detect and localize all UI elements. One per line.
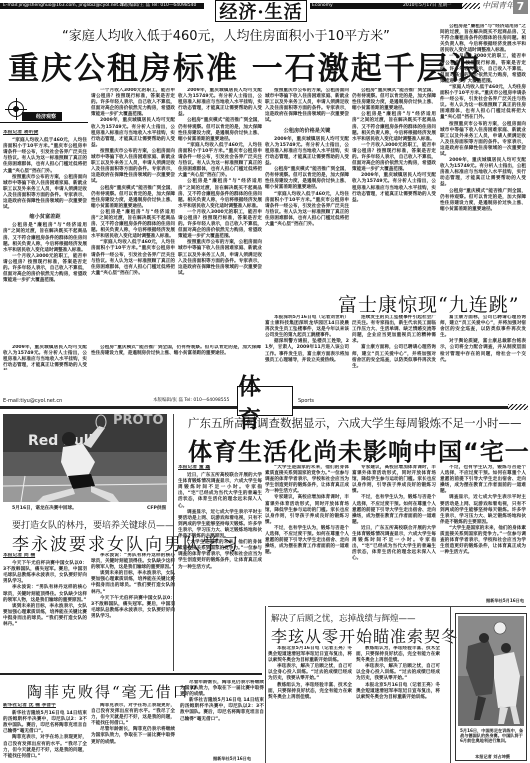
paragraph: 按照重庆市公布的方案，公租房面向城市中等偏下收入住房困难家庭、新就业职工以及外来… — [3, 175, 87, 212]
column-divider — [173, 414, 174, 671]
lead-column-5: 公租房“重庆模式”能否推广到全国，仍有待观察。但可以肯定的是，加大保障性住房建设… — [352, 88, 436, 283]
column-badge: 经济观察 — [22, 112, 62, 121]
foxconn-column-3: 富士康方面称，公司已聘请心理咨询师，建立“员工关爱中心”，并将加强对宿舍区的安全… — [440, 315, 526, 370]
paragraph: 李玹表示，解决了后顾之忧，自己可以全身心投入训练。“过去的成绩已经成为历史，我要… — [356, 664, 440, 682]
lead-column-4: 按照重庆市公布的方案，公租房面向城市中等偏下收入住房困难家庭、新就业职工以及外来… — [265, 88, 349, 283]
paragraph: 不过，也有学生认为，锻炼与否是个人选择，不应过度干预。如何在尊重个人意愿的前提下… — [265, 526, 349, 556]
badminton-player-image: PROTO Red Bull — [3, 414, 167, 502]
paragraph: 对于舆论质疑，富士康总裁郭台铭表示，公司将全力配合调查，并从制度层面检讨管理中存… — [440, 339, 526, 363]
sports-section-en: Sports — [298, 398, 314, 404]
lead-subhead-2: 公租房的价格是关键 — [265, 128, 349, 134]
sports-section-title: 体育 — [237, 386, 293, 416]
paragraph: 2009年，重庆城镇居民人均可支配收入为15749元。有分析人士指出，公租房准入… — [352, 173, 436, 203]
paragraph: 按照重庆市公布的方案，公租房面向城市中等偏下收入住房困难家庭、新就业职工以及外来… — [178, 240, 262, 277]
football-photo — [458, 616, 524, 726]
svg-text:PROTO: PROTO — [113, 414, 164, 428]
paragraph: 2009年，重庆城镇居民人均可支配收入为15749元。有分析人士指出，公租房准入… — [91, 118, 175, 148]
lead-byline: 本报记者 蒋昕捷 — [3, 130, 87, 136]
football-players-image — [458, 616, 524, 726]
taufik-column-3: 尽管年龄渐长，陶菲克仍表示将继续为国家队效力，争取在下一届比赛中取得更好的成绩。… — [180, 680, 264, 756]
page-number: 7 — [513, 0, 528, 14]
lead-column-2: 一个月收入3000元的职工，能否申请公租房？按照现行标准，答案是否定的。许多年轻… — [91, 88, 175, 345]
paragraph: 公租房是“廉租房”与“经济适用房”之间的过渡，旨在解决既买不起商品房、又不符合廉… — [440, 24, 526, 54]
lead-column-1: 本报记者 蒋昕捷 “家庭人均收入低于460元，人均住房面积小于10平方米。”重庆… — [3, 130, 87, 345]
football-credit: 本报记者 刘占坤摄 — [475, 754, 510, 760]
badminton-column-1: 本报记者 尚 楠 今天下午尤伯杯决赛中国女队以0：3不敌韩国队，痛失冠军。赛后，… — [3, 553, 87, 671]
football-column-2: 教练组认为，李玹经验丰富、技术全面，只要保持良好状态，完全有能力在索契冬奥会上再… — [356, 646, 440, 761]
taufik-column-1: 新华社记者 沈 楠 李晋宇 新华社吉隆坡5月16日电 14日结束的汤姆斯杯半决赛… — [3, 703, 87, 761]
paragraph: 公租房是“廉租房”与“经济适用房”之间的过渡，旨在解决既买不起商品房、又不符合廉… — [3, 223, 87, 253]
lead-column-3: 2009年，重庆城镇居民人均可支配收入为15749元。有分析人士指出，公租房准入… — [178, 88, 262, 345]
economy-email: E-mail:jingjishenghuo@163.com, jinglibiz… — [3, 3, 125, 9]
main-sports-column-2: “大学生是国家的未来，他们的身体素质直接关系到国家的竞争力。”一位参与调查的体育… — [265, 465, 349, 605]
paragraph: 李永波说：“男队有林丹这样的核心球员，关键时刻能顶得住。女队缺少这样的领军人物，… — [91, 553, 175, 571]
main-sports-column-3: 专家建议，高校应增加体育课时，丰富课外体育活动形式，同时开放体育场馆，降低学生参… — [352, 465, 436, 605]
foxconn-column-2: 连续发生的员工坠楼事件引起社会广泛关注。有专家指出，新生代农民工面临工作压力大、… — [352, 315, 436, 370]
paragraph: 不过，也有学生认为，锻炼与否是个人选择，不应过度干预。如何在尊重个人意愿的前提下… — [440, 465, 526, 495]
paragraph: 调查显示，近七成大学生表示平时主要活动是上网、玩游戏和看电视，只有不到两成的学生… — [178, 510, 262, 540]
lead-column-1-cont: 2009年，重庆城镇居民人均可支配收入为15749元。有分析人士指出，公租房准入… — [3, 345, 87, 370]
paragraph: 专家建议，高校应增加体育课时，丰富课外体育活动形式，同时开放体育场馆，降低学生参… — [352, 465, 436, 495]
main-sports-column-4: 不过，也有学生认为，锻炼与否是个人选择，不应过度干预。如何在尊重个人意愿的前提下… — [440, 465, 526, 597]
paragraph: 2009年，重庆城镇居民人均可支配收入为15749元。有分析人士指出，公租房准入… — [3, 345, 87, 370]
paragraph: 李玹表示，解决了后顾之忧，自己可以全身心投入训练。“过去的成绩已经成为历史，我要… — [268, 664, 352, 682]
paragraph: 公租房“重庆模式”能否推广到全国，仍有待观察。但可以肯定的是，加大保障性住房建设… — [352, 88, 436, 112]
paragraph: 按照重庆市公布的方案，公租房面向城市中等偏下收入住房困难家庭、新就业职工以及外来… — [440, 122, 526, 159]
paragraph: 今天下午尤伯杯决赛中国女队以0：3不敌韩国队，痛失冠军。赛后，中国羽毛球队总教练… — [3, 561, 87, 585]
sports-rule-left — [0, 406, 237, 409]
economy-section-en: Economy — [312, 3, 333, 9]
paragraph: 公租房“重庆模式”能否推广到全国，仍有待观察。但可以肯定的是，加大保障性住房建设… — [178, 118, 262, 142]
paragraph: 陶菲克表示，对手在场上表现更好，自己没有发挥出应有的水平。“我尽了全力，但今天就… — [3, 735, 87, 759]
paragraph: 按照重庆市公布的方案，公租房面向城市中等偏下收入住房困难家庭、新就业职工以及外来… — [91, 149, 175, 186]
taufik-byline: 新华社记者 沈 楠 李晋宇 — [3, 703, 87, 709]
lower-left-divider — [0, 673, 262, 675]
paragraph: 一个月收入3000元的职工，能否申请公租房？按照现行标准，答案是否定的。许多年轻… — [178, 210, 262, 240]
sports-rule-right — [293, 406, 508, 409]
main-sports-kicker: 广东五所高校调查数据显示，六成大学生每周锻炼不足一小时—— — [188, 415, 522, 431]
paragraph: 连续发生的员工坠楼事件引起社会广泛关注。有专家指出，新生代农民工面临工作压力大、… — [352, 315, 436, 345]
main-sports-column-1: 本报记者 董 鑫 近日，广东五所高校联合开展的大学生体育锻炼情况调查显示，六成大… — [178, 465, 262, 671]
paragraph: 公租房是“廉租房”与“经济适用房”之间的过渡，旨在解决既买不起商品房、又不符合廉… — [91, 210, 175, 240]
main-sports-footnote: 据新华社5月16日电 — [486, 598, 524, 604]
paragraph: 新华社吉隆坡5月16日电 14日结束的汤姆斯杯半决赛中，印尼队以2：3不敌中国队… — [3, 711, 87, 735]
paragraph: 尽管年龄渐长，陶菲克仍表示将继续为国家队效力，争取在下一届比赛中取得更好的成绩。 — [180, 680, 264, 698]
main-sports-byline: 本报记者 董 鑫 — [178, 465, 262, 471]
lead-subhead-1: 缩小贫富差距 — [3, 214, 87, 220]
paragraph: 陶菲克表示，对手在场上表现更好，自己没有发挥出应有的水平。“我尽了全力，但今天就… — [91, 703, 175, 727]
paragraph: “家庭人均收入低于460元，人均住房面积小于10平方米。”重庆市公租房申请条件一… — [91, 240, 175, 277]
paragraph: 本报深圳5月16日电（记者刘世昕）富士康科技集团深圳龙华园区14日凌晨再次发生员… — [265, 315, 349, 339]
badminton-byline: 本报记者 尚 楠 — [3, 553, 87, 559]
taufik-footnote: 据新华社5月16日电 — [213, 756, 251, 762]
paragraph: 2009年，重庆城镇居民人均可支配收入为15749元。有分析人士指出，公租房准入… — [440, 158, 526, 188]
paragraph: 2009年，重庆城镇居民人均可支配收入为15749元。有分析人士指出，公租房准入… — [178, 88, 262, 118]
paragraph: 李永波说：“男队有林丹这样的核心球员，关键时刻能顶得住。女队缺少这样的领军人物，… — [3, 585, 87, 603]
paragraph: “家庭人均收入低于460元，人均住房面积小于10平方米。”重庆市公租房申请条件一… — [440, 85, 526, 122]
sports-email: E-mail:tiyu@cyol.net.cn — [3, 398, 62, 404]
column-divider — [265, 606, 266, 763]
paragraph: 教练组认为，李玹经验丰富、技术全面，只要保持良好状态，完全有能力在索契冬奥会上再… — [268, 683, 352, 701]
column-divider — [450, 606, 451, 763]
football-caption: 5月16日，中国男足在训练中，备战与德国队的热身赛。中国队将于6月前往奥地利进行… — [460, 728, 524, 744]
paragraph: “家庭人均收入低于460元，人均住房面积小于10平方米。”重庆市公租房申请条件一… — [265, 192, 349, 229]
foxconn-headline: 富士康惊现“九连跳” — [338, 290, 519, 317]
lead-kicker: “家庭人均收入低于460元，人均住房面积小于10平方米” — [62, 25, 390, 44]
paragraph: 教练组认为，李玹经验丰富、技术全面，只要保持良好状态，完全有能力在索契冬奥会上再… — [356, 646, 440, 664]
badminton-credit: CFP供图 — [147, 506, 166, 512]
badminton-column-2: 李永波说：“男队有林丹这样的核心球员，关键时刻能顶得住。女队缺少这样的领军人物，… — [91, 553, 175, 671]
paragraph: 富士康方面称，公司已聘请心理咨询师，建立“员工关爱中心”，并将加强对宿舍区的安全… — [440, 315, 526, 339]
paragraph: 本报北京5月16日电（记者王亮）冬奥会短道速滑冠军李玹近日宣布复出，将以索契冬奥… — [356, 683, 440, 701]
paragraph: “大学生是国家的未来，他们的身体素质直接关系到国家的竞争力。”一位参与调查的体育… — [265, 465, 349, 495]
paragraph: 谈到未来的目标，李永波表示，女队要加强心理素质训练，培养能在关键比赛中挺身而出的… — [91, 571, 175, 595]
taufik-headline: 陶菲克败得“毫无借口” — [27, 681, 199, 702]
paragraph: 新华社吉隆坡5月16日电 14日结束的汤姆斯杯半决赛中，印尼队以2：3不敌中国队… — [180, 698, 264, 722]
paragraph: 一个月收入3000元的职工，能否申请公租房？按照现行标准，答案是否定的。许多年轻… — [3, 254, 87, 284]
sports-editor-info: 本版编辑/张 磊 Tel: 010—64098555 — [153, 398, 229, 404]
paragraph: 专家建议，高校应增加体育课时，丰富课外体育活动形式，同时开放体育场馆，降低学生参… — [265, 495, 349, 525]
taufik-column-2: 陶菲克表示，对手在场上表现更好，自己没有发挥出应有的水平。“我尽了全力，但今天就… — [91, 703, 175, 761]
hatch-decoration — [508, 404, 528, 410]
paragraph: 调查显示，近七成大学生表示平时主要活动是上网、玩游戏和看电视，只有不到两成的学生… — [440, 495, 526, 525]
paragraph: “大学生是国家的未来，他们的身体素质直接关系到国家的竞争力。”一位参与调查的体育… — [178, 540, 262, 570]
paragraph: 富士康方面称，公司已聘请心理咨询师，建立“员工关爱中心”，并将加强对宿舍区的安全… — [352, 345, 436, 369]
paragraph: “家庭人均收入低于460元，人均住房面积小于10平方米。”重庆市公租房申请条件一… — [178, 143, 262, 180]
football-kicker: 解决了后顾之忧，忘掉战绩与辉煌—— — [271, 612, 416, 624]
paragraph: 一个月收入3000元的职工，能否申请公租房？按照现行标准，答案是否定的。许多年轻… — [440, 54, 526, 84]
badminton-photo: PROTO Red Bull — [3, 414, 167, 502]
paragraph: 公租房是“廉租房”与“经济适用房”之间的过渡，旨在解决既买不起商品房、又不符合廉… — [352, 112, 436, 142]
economy-editor-info: 本版编辑/王 磊 Tel: 010—64098540 — [120, 3, 196, 9]
paragraph: 谈到未来的目标，李永波表示，女队要加强心理素质训练，培养能在关键比赛中挺身而出的… — [3, 604, 87, 628]
paragraph: 公租房“重庆模式”能否推广到全国，仍有待观察。但可以肯定的是，加大保障性住房建设… — [265, 167, 349, 191]
foxconn-column-1: 本报深圳5月16日电（记者刘世昕）富士康科技集团深圳龙华园区14日凌晨再次发生员… — [265, 315, 349, 370]
paragraph: 公租房“重庆模式”能否推广到全国，仍有待观察。但可以肯定的是，加大保障性住房建设… — [91, 345, 261, 357]
paragraph: 公租房“重庆模式”能否推广到全国，仍有待观察。但可以肯定的是，加大保障性住房建设… — [91, 186, 175, 210]
paragraph: 2009年，重庆城镇居民人均可支配收入为15749元。有分析人士指出，公租房准入… — [265, 137, 349, 167]
economy-section-title: 经济·生活 — [215, 0, 307, 22]
paragraph: 公租房“重庆模式”能否推广到全国，仍有待观察。但可以肯定的是，加大保障性住房建设… — [440, 189, 526, 213]
football-column-1: 本报北京5月16日电（记者王亮）冬奥会短道速滑冠军李玹近日宣布复出，将以索契冬奥… — [268, 646, 352, 761]
paragraph: 今天下午尤伯杯决赛中国女队以0：3不敌韩国队，痛失冠军。赛后，中国羽毛球队总教练… — [91, 596, 175, 620]
paragraph: 一个月收入3000元的职工，能否申请公租房？按照现行标准，答案是否定的。许多年轻… — [91, 88, 175, 118]
lead-headline: 重庆公租房标准 一石激起千层浪 — [8, 43, 483, 88]
paragraph: 公租房是“廉租房”与“经济适用房”之间的过渡，旨在解决既买不起商品房、又不符合廉… — [178, 179, 262, 209]
paragraph: “大学生是国家的未来，他们的身体素质直接关系到国家的竞争力。”一位参与调查的体育… — [440, 526, 526, 556]
hatch-decoration — [462, 3, 480, 9]
economy-date: 2010年5月17日 星期一 — [403, 3, 451, 9]
badminton-caption: 5月16日，谌龙在决赛中回球。 — [12, 506, 77, 512]
paragraph: 一个月收入3000元的职工，能否申请公租房？按照现行标准，答案是否定的。许多年轻… — [352, 143, 436, 173]
lead-column-2-cont: 公租房“重庆模式”能否推广到全国，仍有待观察。但可以肯定的是，加大保障性住房建设… — [91, 345, 261, 370]
paragraph: 近日，广东五所高校联合开展的大学生体育锻炼情况调查显示，六成大学生每周锻炼时间不… — [178, 473, 262, 510]
lead-column-6: 公租房是“廉租房”与“经济适用房”之间的过渡，旨在解决既买不起商品房、又不符合廉… — [440, 24, 526, 283]
paragraph: 按照重庆市公布的方案，公租房面向城市中等偏下收入住房困难家庭、新就业职工以及外来… — [265, 88, 349, 125]
paragraph: 据深圳警方通报，坠楼员工姓梁，21岁，甘肃人，2009年11月进入该公司工作。事… — [265, 339, 349, 363]
paragraph: 不过，也有学生认为，锻炼与否是个人选择，不应过度干预。如何在尊重个人意愿的前提下… — [352, 495, 436, 525]
badge-rule — [0, 122, 88, 123]
main-sports-headline: 体育生活化尚未影响中国“宅一代” — [188, 432, 530, 467]
paragraph: 近日，广东五所高校联合开展的大学生体育锻炼情况调查显示，六成大学生每周锻炼时间不… — [352, 526, 436, 563]
paragraph: 本报北京5月16日电（记者王亮）冬奥会短道速滑冠军李玹近日宣布复出，将以索契冬奥… — [268, 646, 352, 664]
lower-right-divider — [268, 606, 526, 607]
paragraph: “家庭人均收入低于460元，人均住房面积小于10平方米。”重庆市公租房申请条件一… — [3, 138, 87, 175]
paragraph: 尽管年龄渐长，陶菲克仍表示将继续为国家队效力，争取在下一届比赛中取得更好的成绩。 — [91, 727, 175, 745]
